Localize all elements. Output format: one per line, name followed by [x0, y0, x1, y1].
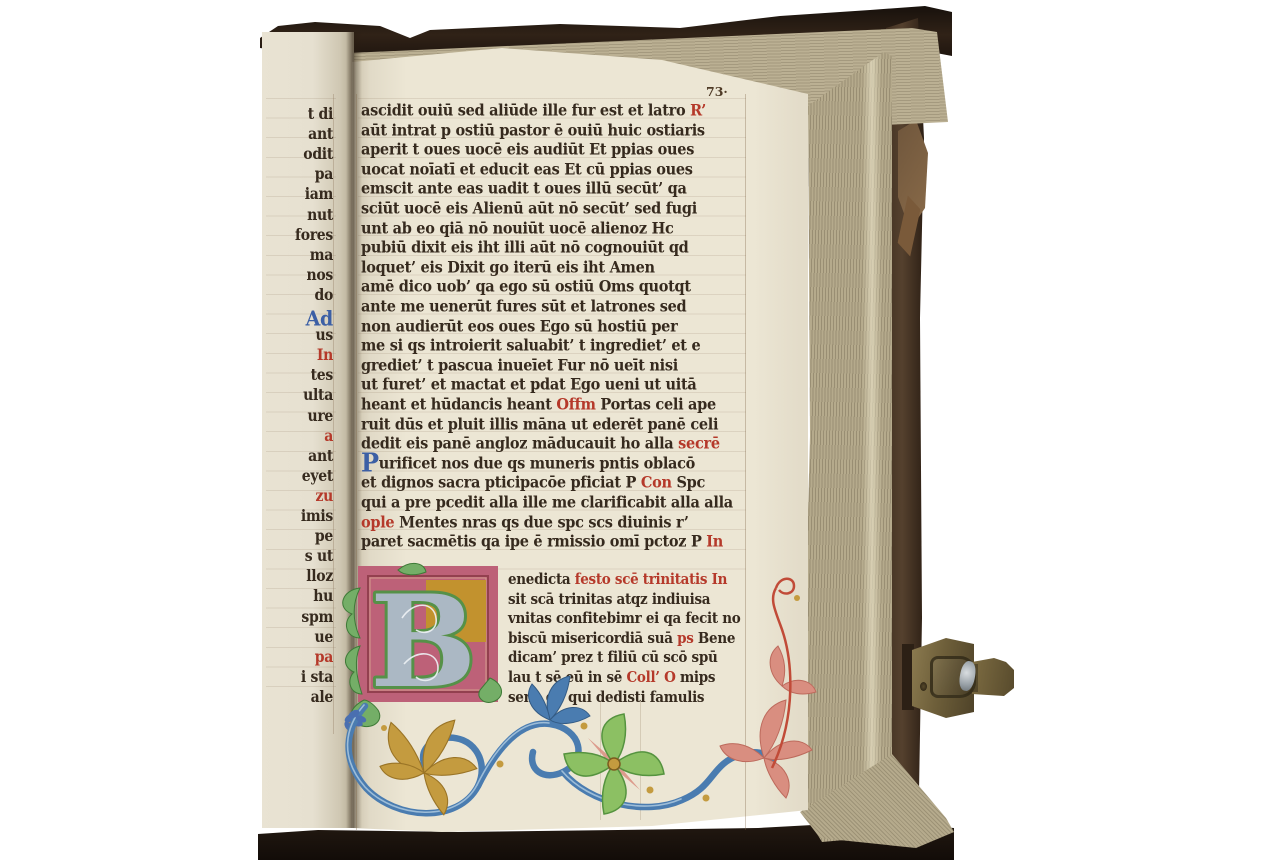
text-segment: nos	[307, 267, 334, 285]
text-segment: ma	[310, 247, 333, 265]
verso-line-ending: ale	[262, 689, 336, 707]
text-segment: iam	[305, 186, 333, 204]
verso-line-ending: s ut	[262, 548, 336, 566]
verso-line-ending: pa	[262, 166, 336, 184]
verso-line-ending: spm	[262, 609, 336, 627]
verso-line-ending: eyet	[262, 468, 336, 486]
verso-line-ending: odit	[262, 146, 336, 164]
text-segment: imis	[301, 508, 333, 526]
text-segment: spm	[301, 609, 333, 627]
verso-line-ending: fores	[262, 227, 336, 245]
verso-line-ending: hu	[262, 588, 336, 606]
text-segment: ant	[308, 126, 333, 144]
book-clasp	[902, 630, 1017, 725]
manuscript-photo: 73· ascidit ouiū sed aliūde ille fur est…	[0, 0, 1280, 860]
verso-line-ending: pa	[262, 649, 336, 667]
verso-line-ending: nut	[262, 207, 336, 225]
horizontal-ruling	[358, 98, 746, 572]
verso-line-ending: pe	[262, 528, 336, 546]
text-segment: ale	[311, 689, 333, 707]
text-segment: pa	[315, 649, 333, 667]
verso-line-ending: imis	[262, 508, 336, 526]
verso-line-ending: t di	[262, 106, 336, 124]
clasp-tongue	[972, 658, 1014, 698]
folio-number: 73·	[706, 84, 728, 99]
border-green-flower	[564, 714, 664, 814]
border-rose-acanthus	[720, 646, 816, 798]
floral-border-illustration	[332, 568, 810, 830]
verso-line-ending: ant	[262, 448, 336, 466]
text-segment: zu	[315, 488, 333, 506]
verso-line-ending: i sta	[262, 669, 336, 687]
text-segment: us	[316, 327, 333, 345]
border-blue-acanthus	[529, 676, 590, 723]
text-segment: s ut	[305, 548, 333, 566]
text-segment: do	[314, 287, 333, 305]
text-segment: t di	[308, 106, 333, 124]
text-segment: fores	[295, 227, 333, 245]
verso-line-ending: iam	[262, 186, 336, 204]
text-segment: pa	[315, 166, 333, 184]
verso-line-ending: In	[262, 347, 336, 365]
text-segment: hu	[313, 588, 333, 606]
verso-line-ending: us	[262, 327, 336, 345]
text-segment: nut	[307, 207, 333, 225]
verso-line-ending: ulta	[262, 387, 336, 405]
text-segment: ulta	[303, 387, 333, 405]
text-segment: i sta	[301, 669, 333, 687]
text-segment: tes	[311, 367, 333, 385]
verso-line-ending: ure	[262, 408, 336, 426]
clasp-rivet	[920, 682, 927, 691]
text-segment: ant	[308, 448, 333, 466]
verso-line-ending: ue	[262, 629, 336, 647]
verso-line-ending: lloz	[262, 568, 336, 586]
text-segment: pe	[315, 528, 333, 546]
verso-line-ending: a	[262, 428, 336, 446]
text-segment: a	[324, 428, 333, 446]
verso-line-ending: do	[262, 287, 336, 305]
verso-text-endings: t diantoditpaiamnutforesmanosdoAdusIntes…	[262, 0, 336, 860]
text-segment: In	[317, 347, 333, 365]
verso-line-ending: ma	[262, 247, 336, 265]
verso-line-ending: zu	[262, 488, 336, 506]
verso-line-ending: tes	[262, 367, 336, 385]
text-segment: ure	[307, 408, 333, 426]
verso-line-ending: nos	[262, 267, 336, 285]
text-segment: eyet	[302, 468, 333, 486]
verso-line-ending: ant	[262, 126, 336, 144]
text-segment: odit	[303, 146, 333, 164]
text-segment: lloz	[306, 568, 333, 586]
text-segment: ue	[315, 629, 334, 647]
